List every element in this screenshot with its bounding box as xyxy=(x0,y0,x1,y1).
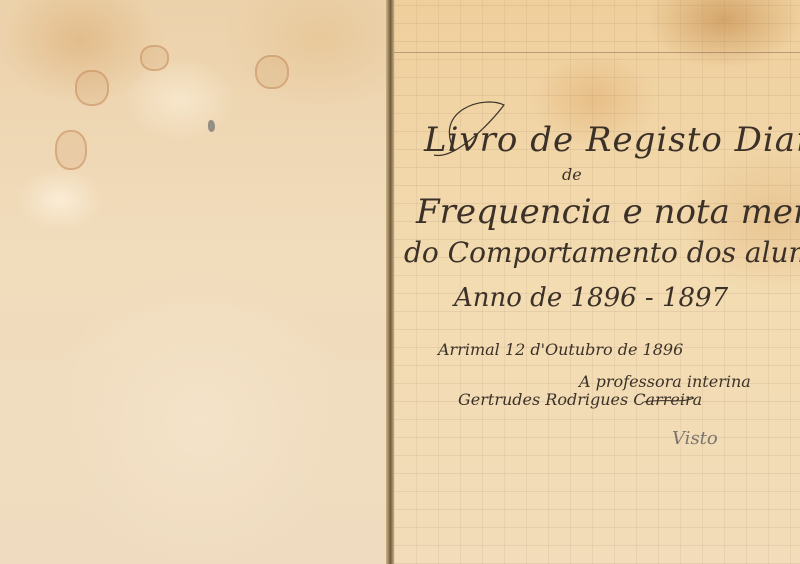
approval-mark: Visto xyxy=(672,428,718,449)
stain xyxy=(55,130,87,170)
stain xyxy=(140,45,169,71)
ink-spot xyxy=(208,120,215,132)
year-line: Anno de 1896 - 1897 xyxy=(454,283,728,313)
book-gutter xyxy=(386,0,394,564)
ruled-grid xyxy=(394,0,800,564)
stain xyxy=(255,55,289,89)
place-date: Arrimal 12 d'Outubro de 1896 xyxy=(438,340,683,359)
title-line-1: Livro de Registo Diario xyxy=(424,120,800,160)
title-line-2: Frequencia e nota mensal xyxy=(416,192,800,232)
left-page xyxy=(0,0,388,564)
title-line-3: do Comportamento dos alumnos xyxy=(404,236,800,269)
ledger-spread: Livro de Registo Diario de Frequencia e … xyxy=(0,0,800,564)
ruled-line xyxy=(394,52,800,53)
stain xyxy=(75,70,109,106)
title-connector: de xyxy=(562,165,582,184)
signature: Gertrudes Rodrigues Carreira xyxy=(458,390,702,409)
right-page: Livro de Registo Diario de Frequencia e … xyxy=(394,0,800,564)
signer-role: A professora interina xyxy=(579,372,751,391)
